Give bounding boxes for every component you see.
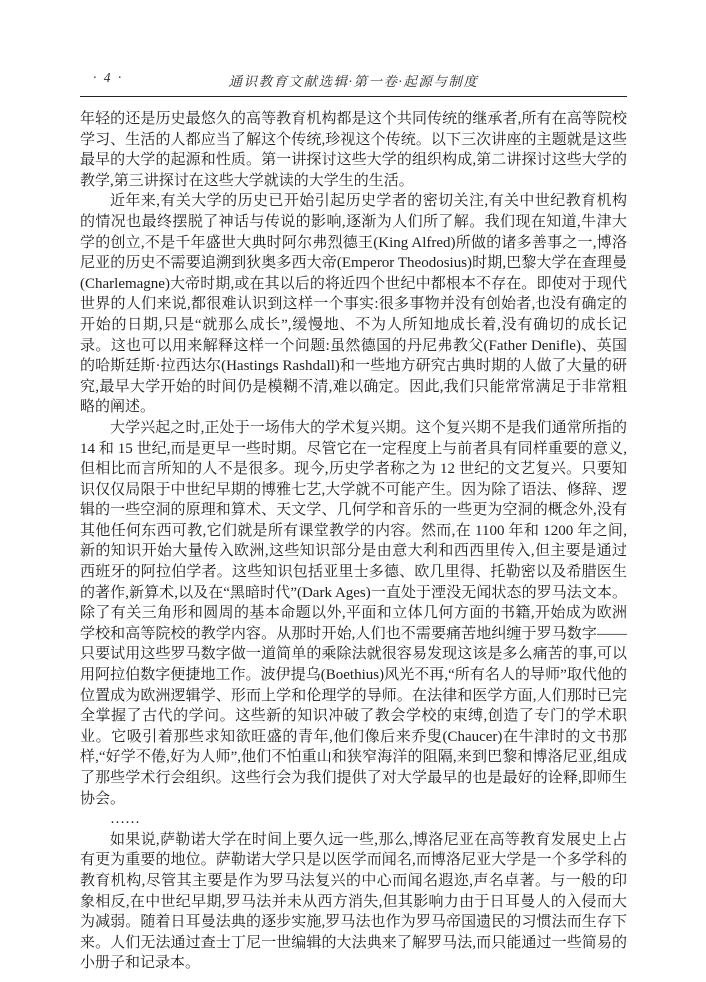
paragraph-ellipsis: …… <box>80 809 627 830</box>
paragraph-renaissance: 大学兴起之时,正处于一场伟大的学术复兴期。这个复兴期不是我们通常所指的 14 和… <box>80 418 627 809</box>
page-number: · 4 · <box>93 70 123 86</box>
running-title: 通识教育文献选辑·第一卷·起源与制度 <box>80 70 627 90</box>
page-body: 年轻的还是历史最悠久的高等教育机构都是这个共同传统的继承者,所有在高等院校学习、… <box>80 109 627 974</box>
paragraph-list: 年轻的还是历史最悠久的高等教育机构都是这个共同传统的继承者,所有在高等院校学习、… <box>80 109 627 974</box>
book-page: · 4 · 通识教育文献选辑·第一卷·起源与制度 年轻的还是历史最悠久的高等教育… <box>0 0 706 982</box>
paragraph-bologna: 如果说,萨勒诺大学在时间上要久远一些,那么,博洛尼亚在高等教育发展史上占有更为重… <box>80 830 627 974</box>
page-header: · 4 · 通识教育文献选辑·第一卷·起源与制度 <box>80 70 627 90</box>
header-rule <box>80 96 627 97</box>
paragraph-history-attention: 近年来,有关大学的历史已开始引起历史学者的密切关注,有关中世纪教育机构的情况也最… <box>80 191 627 418</box>
paragraph-continuation: 年轻的还是历史最悠久的高等教育机构都是这个共同传统的继承者,所有在高等院校学习、… <box>80 109 627 191</box>
